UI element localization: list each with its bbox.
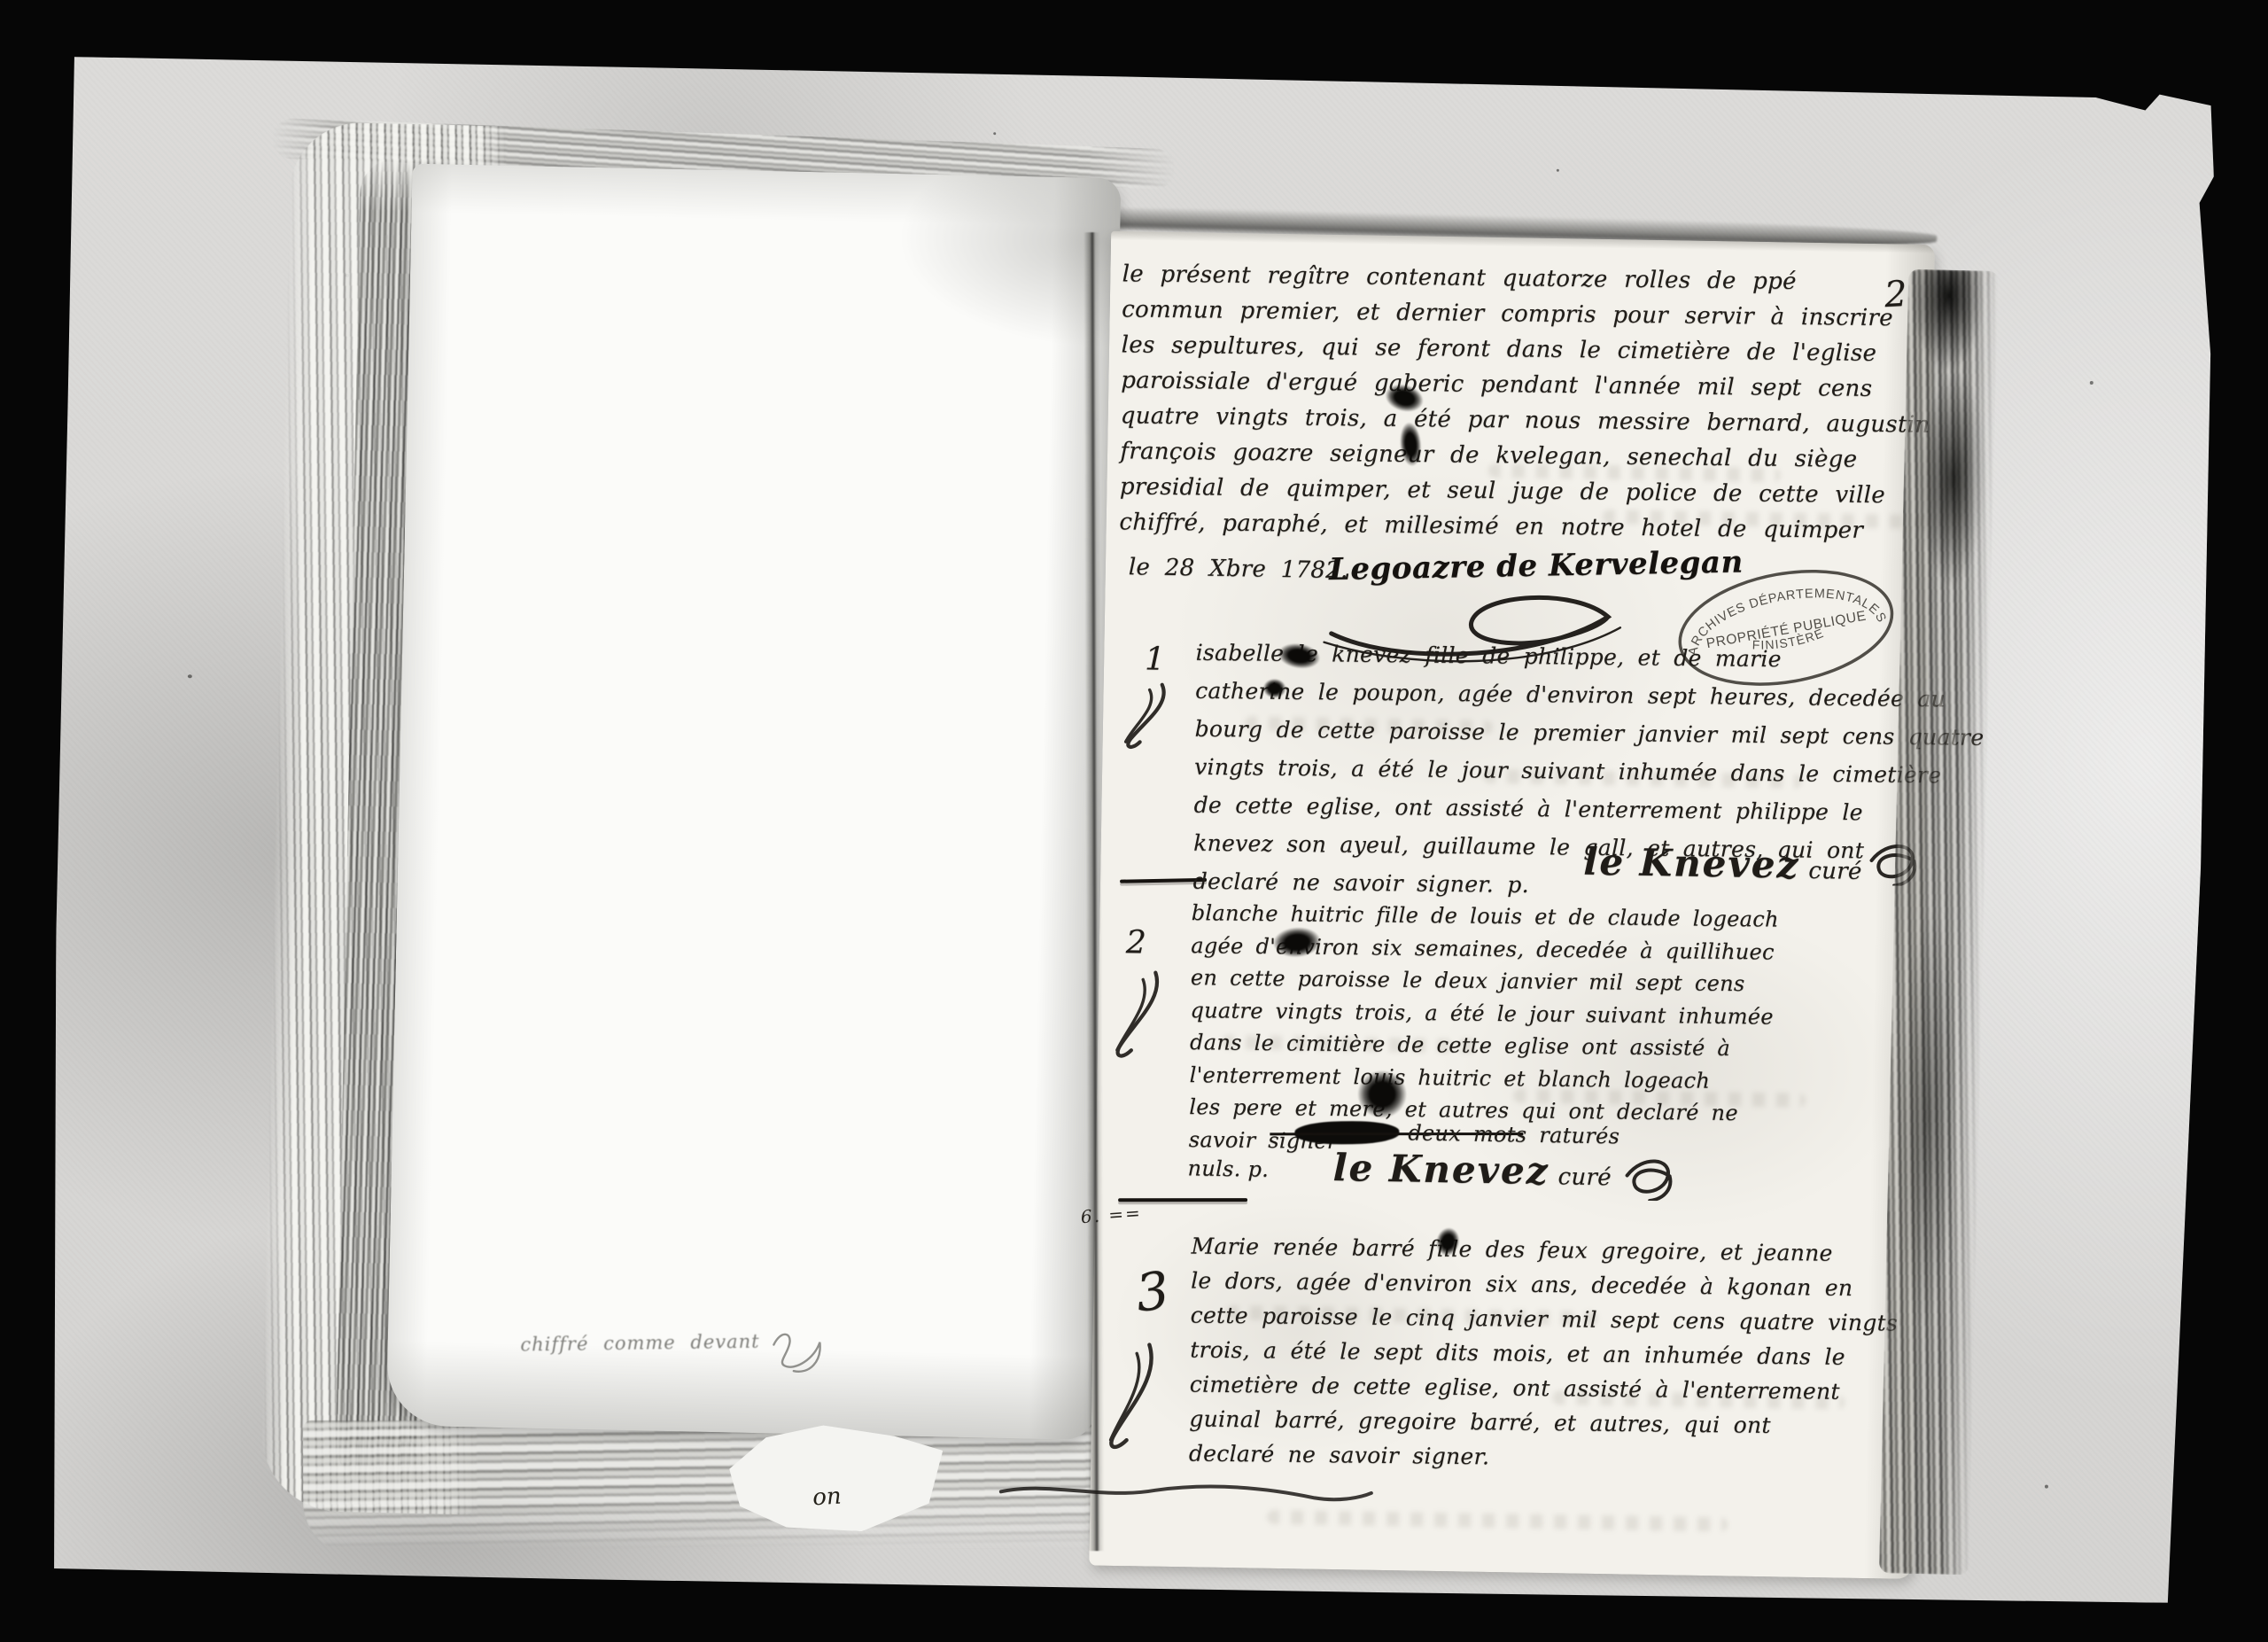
entry-1-paraph (1116, 681, 1174, 751)
verso-showthrough (1267, 1510, 1728, 1532)
fragment-text: on (812, 1482, 842, 1511)
right-page: 2 le présent regître contenant quatorze … (1089, 231, 1935, 1579)
bottom-crease-line (996, 1474, 1377, 1513)
entry-2-paraph (1108, 969, 1167, 1062)
entry-2-closing-prefix: nuls. p. (1187, 1156, 1269, 1182)
left-page-annotation: chiffré comme devant (520, 1331, 760, 1356)
dust-speck (1557, 169, 1559, 172)
register-opening-statement: le présent regître contenant quatorze ro… (1119, 256, 1924, 549)
entry-3-number: 3 (1132, 1260, 1172, 1324)
entry-3-paraph (1101, 1341, 1160, 1455)
ink-blot (1398, 421, 1423, 467)
ink-blot (1272, 925, 1322, 959)
ink-blot (1357, 1070, 1408, 1118)
entry-line: declaré ne savoir signer. (1189, 1436, 1897, 1478)
senechal-signature: Legoazre de Kervelegan (1329, 544, 1744, 588)
entry-separator (1118, 1198, 1247, 1202)
cure-name: le Knevez (1332, 1146, 1550, 1193)
entry-1-number: 1 (1145, 641, 1166, 677)
cure-title: curé (1808, 858, 1862, 885)
cure-name: le Knevez (1583, 840, 1800, 887)
dust-speck (993, 132, 996, 135)
burial-entry-3: Marie renée barré fille des feux gregoir… (1189, 1228, 1899, 1478)
cure-rubric (1619, 1150, 1677, 1201)
entry-2-cure-signature: le Knevezcuré (1332, 1146, 1612, 1194)
entry-1-cure-signature: le Knevezcuré (1583, 840, 1862, 888)
left-page-blank: chiffré comme devant (386, 164, 1122, 1440)
dust-speck (2090, 381, 2093, 385)
entry-2-number: 2 (1126, 924, 1147, 961)
ratures-note: deux mots raturés (1408, 1120, 1619, 1148)
left-page-annotation-row: chiffré comme devant (520, 1330, 826, 1381)
cure-title: curé (1557, 1163, 1612, 1191)
date-line: le 28 Xbre 1782. (1129, 554, 1348, 584)
photo-print: chiffré comme devant on 2 le présent reg… (49, 51, 2217, 1607)
dust-speck (188, 674, 192, 678)
annotation-paraph-squiggle (768, 1327, 826, 1377)
dust-speck (2045, 1485, 2048, 1489)
ink-blot (1262, 679, 1285, 698)
